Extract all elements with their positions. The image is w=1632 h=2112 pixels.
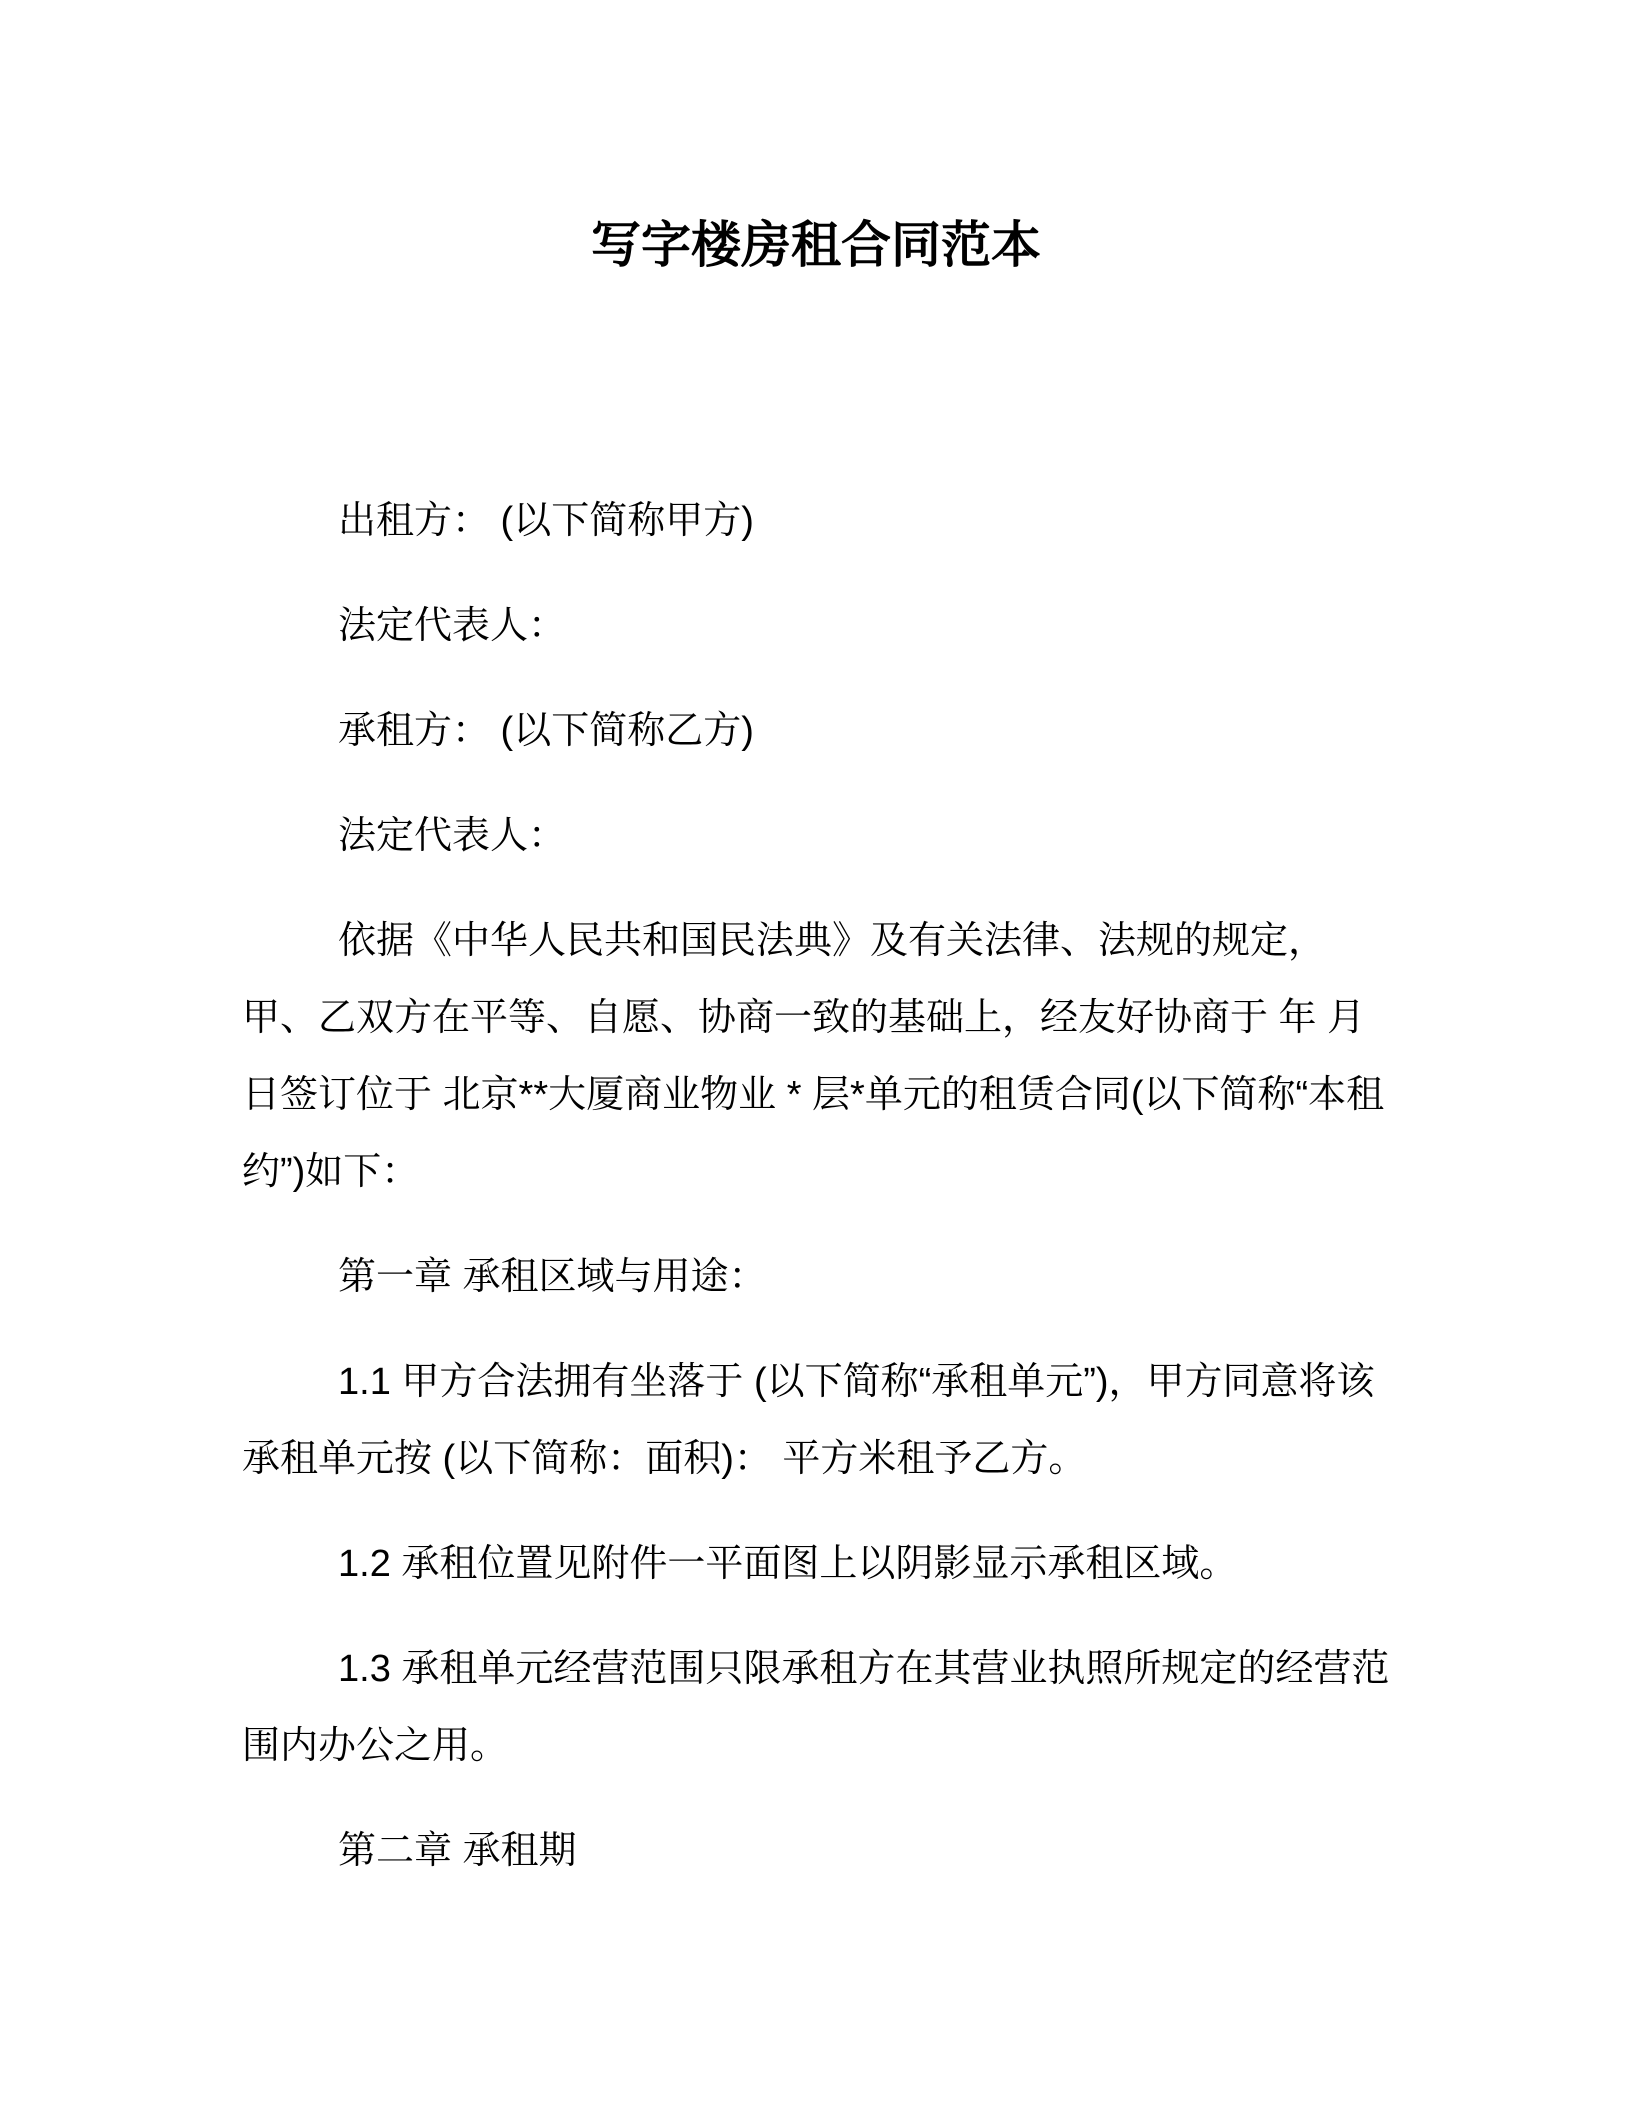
contract-document-page: 写字楼房租合同范本 出租方： (以下简称甲方) 法定代表人： 承租方： (以下简… bbox=[0, 0, 1632, 2112]
lessor-legal-representative-line: 法定代表人： bbox=[242, 588, 1390, 665]
clause-1-1: 1.1 甲方合法拥有坐落于 (以下简称“承租单元”)，甲方同意将该承租单元按 (… bbox=[242, 1344, 1390, 1498]
clause-1-3: 1.3 承租单元经营范围只限承租方在其营业执照所规定的经营范围内办公之用。 bbox=[242, 1631, 1390, 1785]
document-title: 写字楼房租合同范本 bbox=[242, 210, 1390, 280]
lessee-legal-representative-line: 法定代表人： bbox=[242, 798, 1390, 875]
chapter-1-heading: 第一章 承租区域与用途： bbox=[242, 1239, 1390, 1316]
lessor-party-line: 出租方： (以下简称甲方) bbox=[242, 483, 1390, 560]
chapter-2-heading: 第二章 承租期 bbox=[242, 1813, 1390, 1890]
lessee-party-line: 承租方： (以下简称乙方) bbox=[242, 693, 1390, 770]
contract-preamble-paragraph: 依据《中华人民共和国民法典》及有关法律、法规的规定，甲、乙双方在平等、自愿、协商… bbox=[242, 903, 1390, 1211]
clause-1-2: 1.2 承租位置见附件一平面图上以阴影显示承租区域。 bbox=[242, 1526, 1390, 1603]
